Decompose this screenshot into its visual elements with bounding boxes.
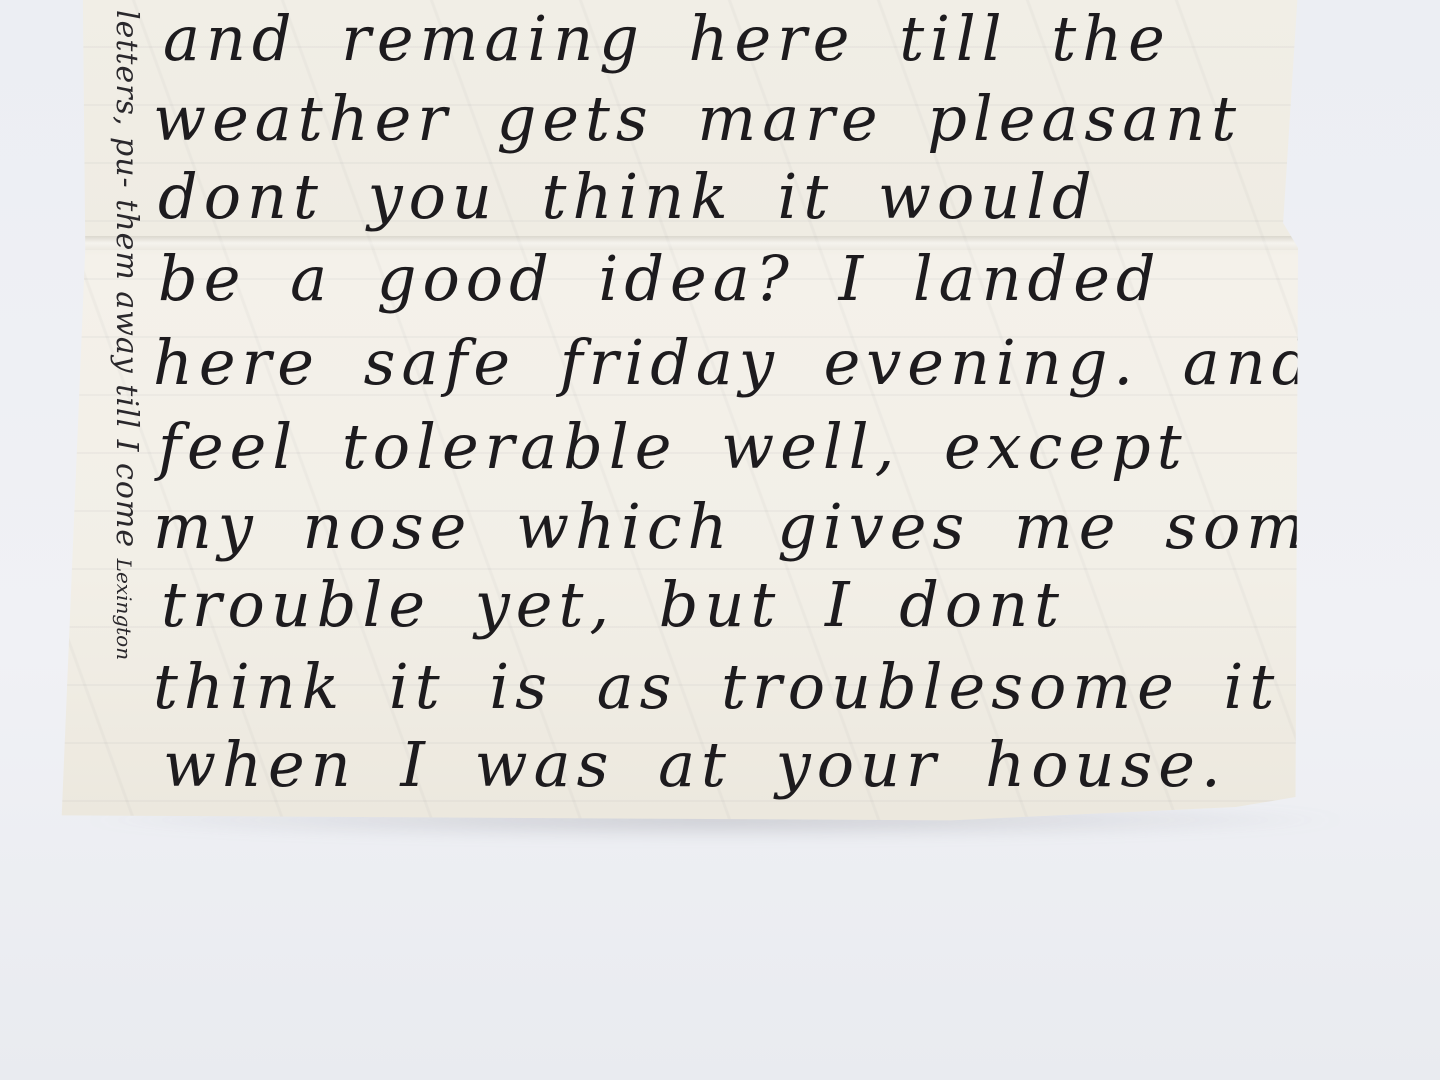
letter-line: when I was at your house. [163,728,1227,801]
letter-line: trouble yet, but I dont [161,568,1065,641]
letter-line: think it is as troublesome it was [153,650,1440,723]
margin-note: letters, pu- them away till I come Lexin… [109,10,144,660]
letter-line: weather gets mare pleasant [153,82,1242,155]
photo-scene: letters, pu- them away till I come Lexin… [0,0,1440,1080]
margin-note-tail: Lexington [112,559,136,660]
letter-line: here safe friday evening. and [153,326,1317,399]
letter-line: my nose which gives me some [153,490,1354,563]
letter-paper: letters, pu- them away till I come Lexin… [58,0,1298,822]
letter-line: and remaing here till the [163,2,1171,75]
letter-line: dont you think it would [158,160,1098,233]
letter-line: be a good idea? I landed [158,242,1162,315]
letter-line: feel tolerable well, except [158,410,1188,483]
margin-note-text: letters, pu- them away till I come [109,10,144,548]
